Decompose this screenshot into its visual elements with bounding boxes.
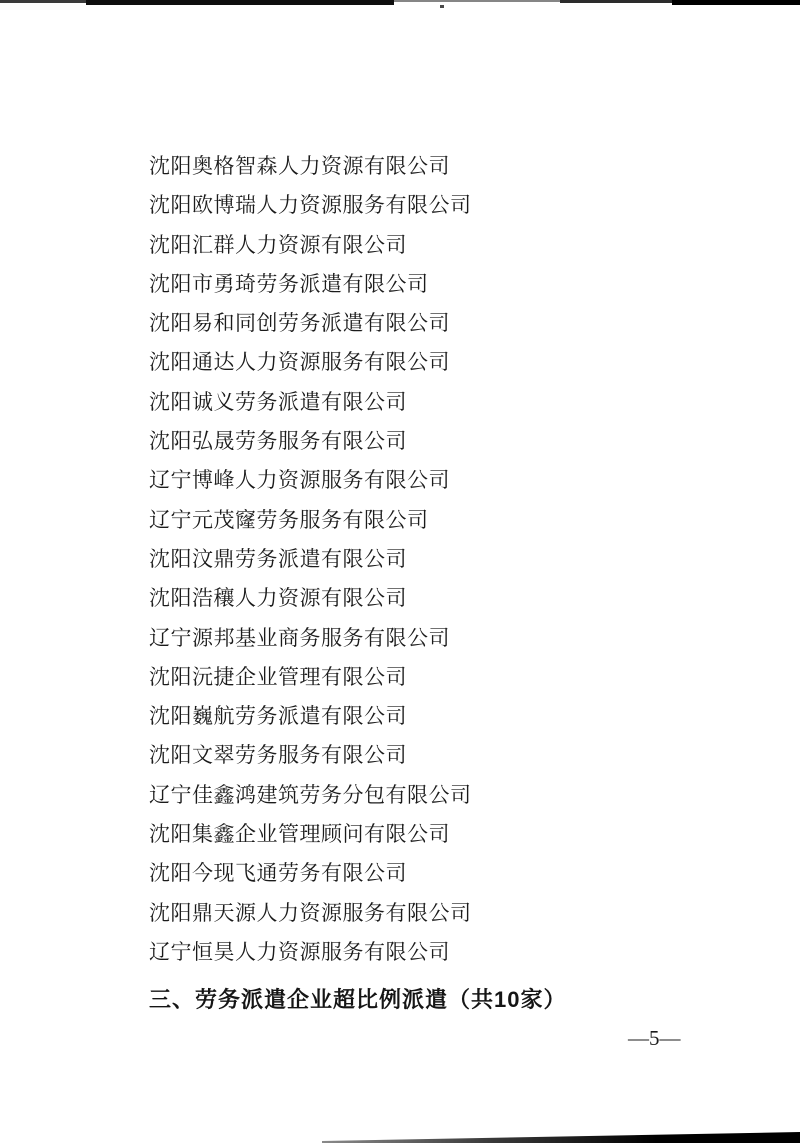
company-name-list: 沈阳奥格智森人力资源有限公司 沈阳欧博瑞人力资源服务有限公司 沈阳汇群人力资源有…: [149, 147, 472, 972]
company-name: 辽宁恒昊人力资源服务有限公司: [149, 933, 472, 972]
company-name: 沈阳沅捷企业管理有限公司: [149, 658, 472, 697]
section-heading: 三、劳务派遣企业超比例派遣（共10家）: [149, 983, 566, 1014]
scan-edge-top-artifact: [0, 0, 800, 8]
company-name: 沈阳通达人力资源服务有限公司: [149, 343, 472, 382]
page-number: —5—: [628, 1026, 681, 1051]
company-name: 沈阳浩穰人力资源有限公司: [149, 579, 472, 618]
company-name: 辽宁源邦基业商务服务有限公司: [149, 619, 472, 658]
company-name: 沈阳奥格智森人力资源有限公司: [149, 147, 472, 186]
company-name: 沈阳巍航劳务派遣有限公司: [149, 697, 472, 736]
company-name: 沈阳鼎天源人力资源服务有限公司: [149, 894, 472, 933]
company-name: 沈阳集鑫企业管理顾问有限公司: [149, 815, 472, 854]
company-name: 沈阳汇群人力资源有限公司: [149, 226, 472, 265]
company-name: 沈阳弘晟劳务服务有限公司: [149, 422, 472, 461]
company-name: 辽宁博峰人力资源服务有限公司: [149, 461, 472, 500]
company-name: 沈阳今现飞通劳务有限公司: [149, 854, 472, 893]
company-name: 沈阳汶鼎劳务派遣有限公司: [149, 540, 472, 579]
company-name: 沈阳诚义劳务派遣有限公司: [149, 383, 472, 422]
scan-edge-bottom-artifact: [322, 1132, 800, 1143]
document-page: 沈阳奥格智森人力资源有限公司 沈阳欧博瑞人力资源服务有限公司 沈阳汇群人力资源有…: [0, 0, 800, 1143]
scan-edge-segment: [394, 0, 564, 2]
scan-speck: [440, 5, 444, 8]
company-name: 沈阳易和同创劳务派遣有限公司: [149, 304, 472, 343]
scan-edge-segment: [86, 0, 394, 5]
company-name: 沈阳欧博瑞人力资源服务有限公司: [149, 186, 472, 225]
company-name: 沈阳文翠劳务服务有限公司: [149, 736, 472, 775]
scan-edge-segment: [672, 0, 800, 5]
company-name: 沈阳市勇琦劳务派遣有限公司: [149, 265, 472, 304]
company-name: 辽宁元茂窿劳务服务有限公司: [149, 501, 472, 540]
company-name: 辽宁佳鑫鸿建筑劳务分包有限公司: [149, 776, 472, 815]
